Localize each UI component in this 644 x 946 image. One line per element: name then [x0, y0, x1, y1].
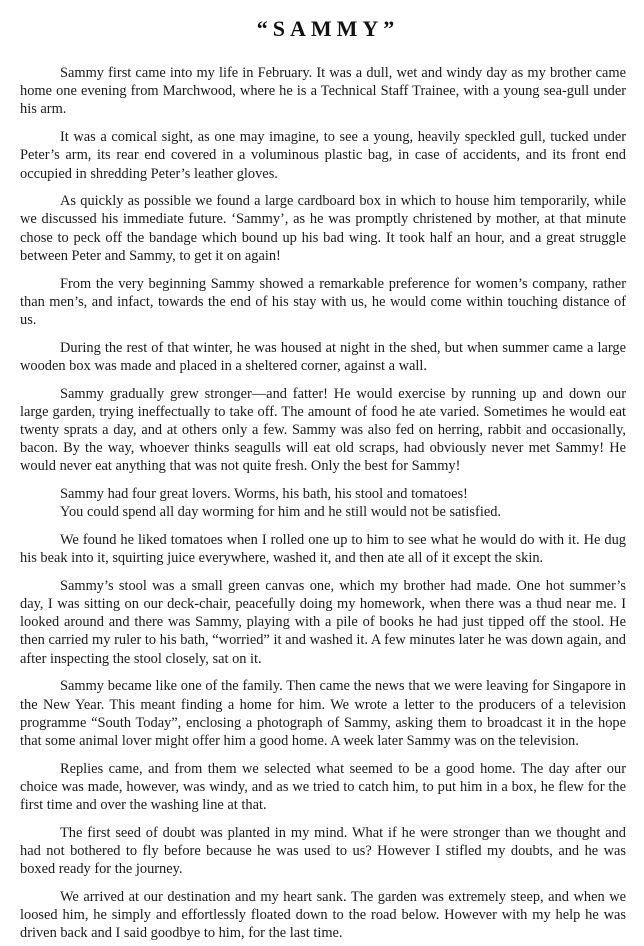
paragraph: We found he liked tomatoes when I rolled… — [20, 531, 626, 567]
paragraph: Sammy’s stool was a small green canvas o… — [20, 577, 626, 668]
paragraph: Replies came, and from them we selected … — [20, 760, 626, 815]
paragraph: We arrived at our destination and my hea… — [20, 888, 626, 943]
paragraph: The first seed of doubt was planted in m… — [20, 824, 626, 879]
story-title: “SAMMY” — [20, 14, 626, 44]
paragraph: Sammy gradually grew stronger—and fatter… — [20, 385, 626, 476]
paragraph: From the very beginning Sammy showed a r… — [20, 275, 626, 330]
story-body: Sammy first came into my life in Februar… — [20, 64, 626, 943]
paragraph: Sammy became like one of the family. The… — [20, 677, 626, 750]
paragraph-line: You could spend all day worming for him … — [60, 503, 626, 521]
paragraph: Sammy first came into my life in Februar… — [20, 64, 626, 119]
paragraph: As quickly as possible we found a large … — [20, 192, 626, 265]
paragraph: During the rest of that winter, he was h… — [20, 339, 626, 375]
document-page: “SAMMY” Sammy first came into my life in… — [20, 0, 626, 946]
paragraph: It was a comical sight, as one may imagi… — [20, 128, 626, 183]
lovers-paragraph: Sammy had four great lovers. Worms, his … — [20, 485, 626, 521]
paragraph-line: Sammy had four great lovers. Worms, his … — [60, 485, 626, 503]
